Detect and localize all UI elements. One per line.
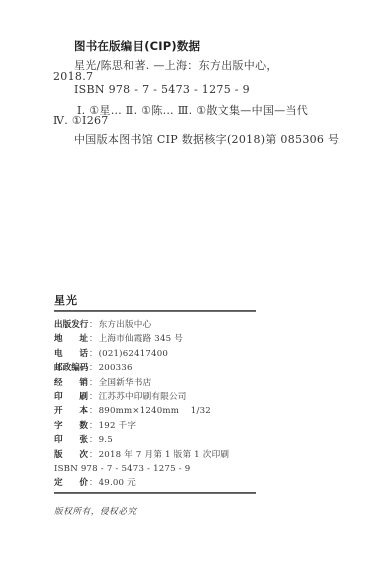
- colophon-row-format: 开本：890mm×1240mm 1/32: [54, 404, 229, 418]
- cip-line-title-author: 星光/陈思和著. —上海：东方出版中心，: [74, 57, 278, 73]
- row-label: 定价: [54, 476, 88, 490]
- colophon-table: 出版发行：东方出版中心 地址：上海市仙霞路 345 号 电话：(021)6241…: [54, 318, 229, 491]
- colophon-row-postcode: 邮政编码：200336: [54, 361, 229, 375]
- top-divider: [54, 310, 256, 312]
- row-value: 江苏苏中印刷有限公司: [99, 390, 187, 404]
- book-title: 星光: [54, 292, 78, 308]
- copyright-notice: 版权所有，侵权必究: [54, 505, 137, 517]
- cip-line-record-number: 中国版本图书馆 CIP 数据核字(2018)第 085306 号: [74, 131, 339, 147]
- cip-line-classification: Ⅳ. ①I267: [53, 114, 109, 127]
- cip-line-subjects: Ⅰ. ①星… Ⅱ. ①陈… Ⅲ. ①散文集—中国—当代: [77, 102, 308, 118]
- row-label: 开本: [54, 404, 88, 418]
- colophon-row-isbn: ISBN 978 - 7 - 5473 - 1275 - 9: [54, 462, 229, 476]
- colophon-row-address: 地址：上海市仙霞路 345 号: [54, 332, 229, 346]
- row-value: 200336: [99, 361, 133, 375]
- row-label: 经销: [54, 376, 88, 390]
- row-value: 2018 年 7 月第 1 版第 1 次印刷: [99, 448, 230, 462]
- colophon-row-word-count: 字数：192 千字: [54, 419, 229, 433]
- bottom-divider: [54, 492, 256, 494]
- colophon-row-publisher: 出版发行：东方出版中心: [54, 318, 229, 332]
- colophon-row-edition: 版次：2018 年 7 月第 1 版第 1 次印刷: [54, 448, 229, 462]
- row-label: 电话: [54, 347, 88, 361]
- row-value: 全国新华书店: [99, 376, 152, 390]
- colophon-row-distributor: 经销：全国新华书店: [54, 376, 229, 390]
- cip-title: 图书在版编目(CIP)数据: [74, 38, 200, 54]
- row-value: (021)62417400: [99, 347, 168, 361]
- cip-line-isbn: ISBN 978 - 7 - 5473 - 1275 - 9: [74, 83, 250, 96]
- row-label: 版次: [54, 448, 88, 462]
- row-label: 邮政编码: [54, 361, 88, 375]
- row-value: 49.00 元: [99, 476, 136, 490]
- isbn-text: ISBN 978 - 7 - 5473 - 1275 - 9: [54, 462, 190, 476]
- row-label: 出版发行: [54, 318, 88, 332]
- colophon-row-sheets: 印张：9.5: [54, 433, 229, 447]
- colophon-row-printer: 印刷：江苏苏中印刷有限公司: [54, 390, 229, 404]
- row-label: 印刷: [54, 390, 88, 404]
- row-label: 印张: [54, 433, 88, 447]
- colophon-row-phone: 电话：(021)62417400: [54, 347, 229, 361]
- row-value: 9.5: [99, 433, 113, 447]
- cip-line-date: 2018.7: [53, 70, 93, 83]
- row-value: 192 千字: [99, 419, 137, 433]
- copyright-page: 图书在版编目(CIP)数据 星光/陈思和著. —上海：东方出版中心， 2018.…: [0, 0, 375, 577]
- row-label: 地址: [54, 332, 88, 346]
- row-value: 890mm×1240mm 1/32: [99, 404, 211, 418]
- row-value: 东方出版中心: [99, 318, 152, 332]
- colophon-row-price: 定价：49.00 元: [54, 476, 229, 490]
- row-value: 上海市仙霞路 345 号: [99, 332, 183, 346]
- row-label: 字数: [54, 419, 88, 433]
